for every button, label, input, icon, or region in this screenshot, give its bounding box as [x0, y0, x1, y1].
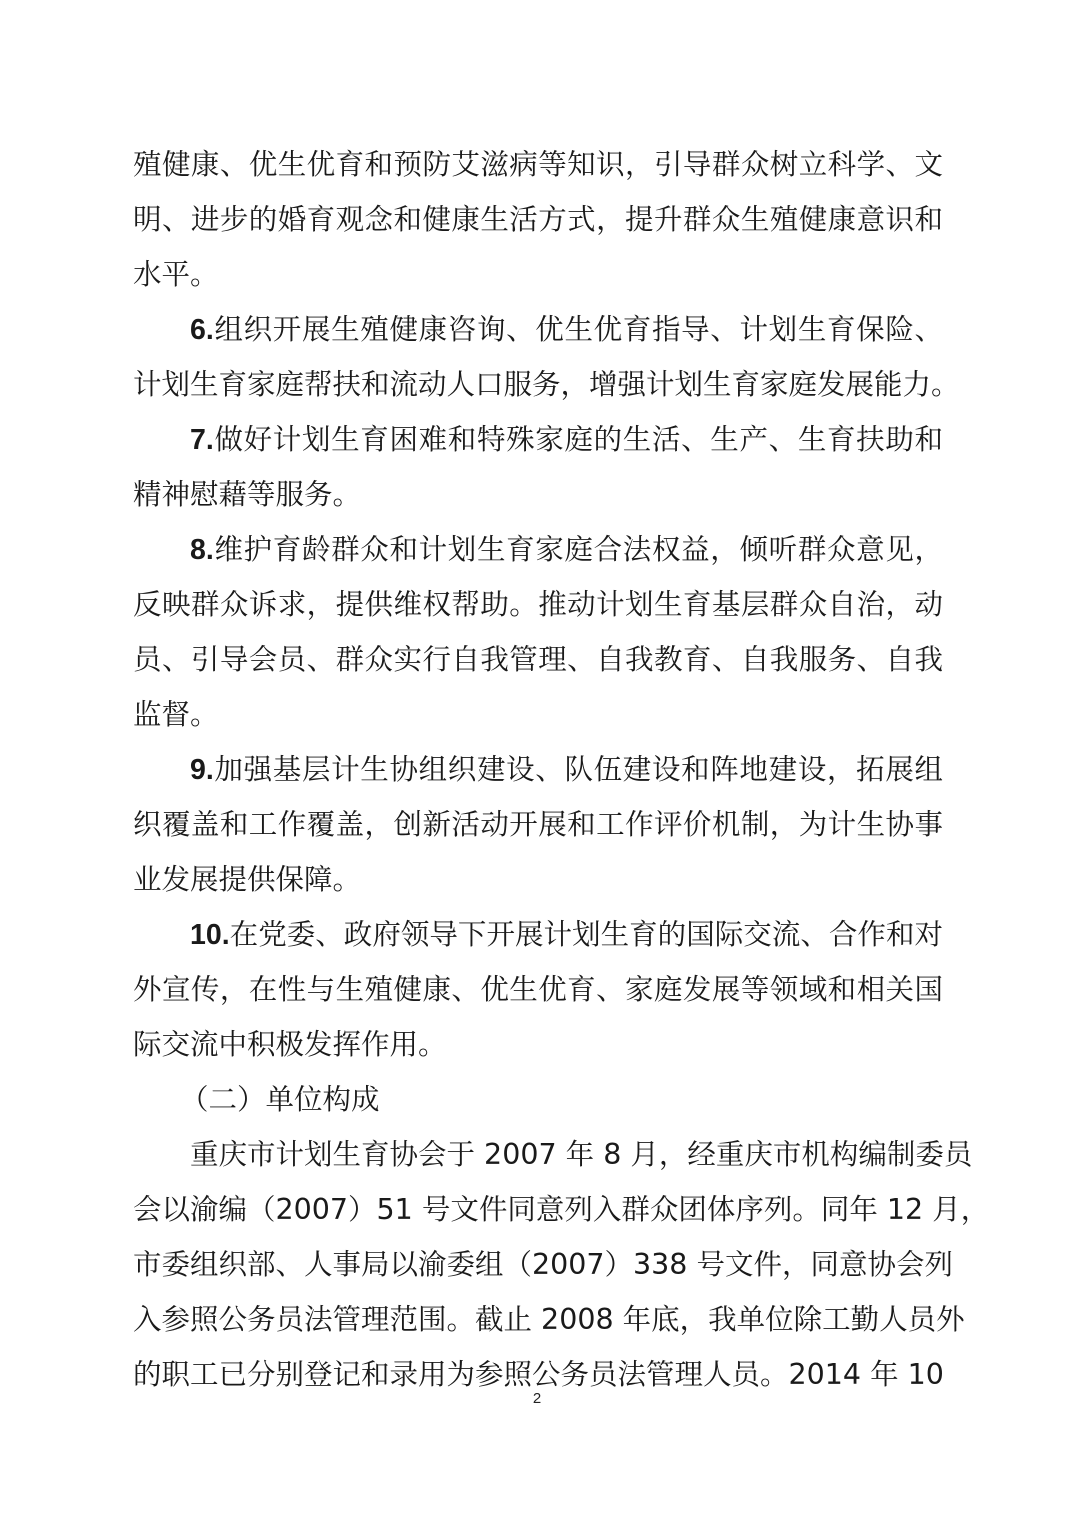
text-line: 反映群众诉求，提供维权帮助。推动计划生育基层群众自治，动: [133, 585, 943, 625]
text-line: 明、进步的婚育观念和健康生活方式，提升群众生殖健康意识和: [133, 200, 943, 240]
item-number: 8.: [190, 534, 214, 566]
list-item-10: 10.在党委、政府领导下开展计划生育的国际交流、合作和对: [190, 915, 943, 955]
text-line: 殖健康、优生优育和预防艾滋病等知识，引导群众树立科学、文: [133, 145, 943, 185]
list-item-8: 8.维护育龄群众和计划生育家庭合法权益，倾听群众意见，: [190, 530, 943, 570]
text-line: 监督。: [133, 695, 943, 735]
text-line: 织覆盖和工作覆盖，创新活动开展和工作评价机制，为计生协事: [133, 805, 943, 845]
text-line: 精神慰藉等服务。: [133, 475, 943, 515]
text-line: 会以渝编（2007）51 号文件同意列入群众团体序列。同年 12 月，: [133, 1190, 943, 1230]
item-text: 做好计划生育困难和特殊家庭的生活、生产、生育扶助和: [214, 423, 943, 456]
list-item-9: 9.加强基层计生协组织建设、队伍建设和阵地建设，拓展组: [190, 750, 943, 790]
text-line: 外宣传，在性与生殖健康、优生优育、家庭发展等领域和相关国: [133, 970, 943, 1010]
text-line: 际交流中积极发挥作用。: [133, 1025, 943, 1065]
text-line: 员、引导会员、群众实行自我管理、自我教育、自我服务、自我: [133, 640, 943, 680]
item-number: 10.: [190, 919, 230, 951]
item-text: 组织开展生殖健康咨询、优生优育指导、计划生育保险、: [214, 313, 943, 346]
list-item-7: 7.做好计划生育困难和特殊家庭的生活、生产、生育扶助和: [190, 420, 943, 460]
text-line: 的职工已分别登记和录用为参照公务员法管理人员。2014 年 10: [133, 1355, 943, 1395]
item-text: 在党委、政府领导下开展计划生育的国际交流、合作和对: [230, 918, 943, 951]
text-line: 入参照公务员法管理范围。截止 2008 年底，我单位除工勤人员外: [133, 1300, 943, 1340]
text-line: 业发展提供保障。: [133, 860, 943, 900]
text-line: 水平。: [133, 255, 943, 295]
document-page: 殖健康、优生优育和预防艾滋病等知识，引导群众树立科学、文 明、进步的婚育观念和健…: [0, 0, 1074, 1520]
item-number: 6.: [190, 314, 214, 346]
page-number: 2: [0, 1390, 1074, 1407]
section-heading: （二）单位构成: [180, 1080, 933, 1120]
item-text: 加强基层计生协组织建设、队伍建设和阵地建设，拓展组: [214, 753, 943, 786]
text-line: 计划生育家庭帮扶和流动人口服务，增强计划生育家庭发展能力。: [133, 365, 943, 405]
text-line: 市委组织部、人事局以渝委组（2007）338 号文件，同意协会列: [133, 1245, 943, 1285]
item-number: 7.: [190, 424, 214, 456]
text-line: 重庆市计划生育协会于 2007 年 8 月，经重庆市机构编制委员: [190, 1135, 943, 1175]
item-number: 9.: [190, 754, 214, 786]
item-text: 维护育龄群众和计划生育家庭合法权益，倾听群众意见，: [214, 533, 943, 566]
list-item-6: 6.组织开展生殖健康咨询、优生优育指导、计划生育保险、: [190, 310, 943, 350]
